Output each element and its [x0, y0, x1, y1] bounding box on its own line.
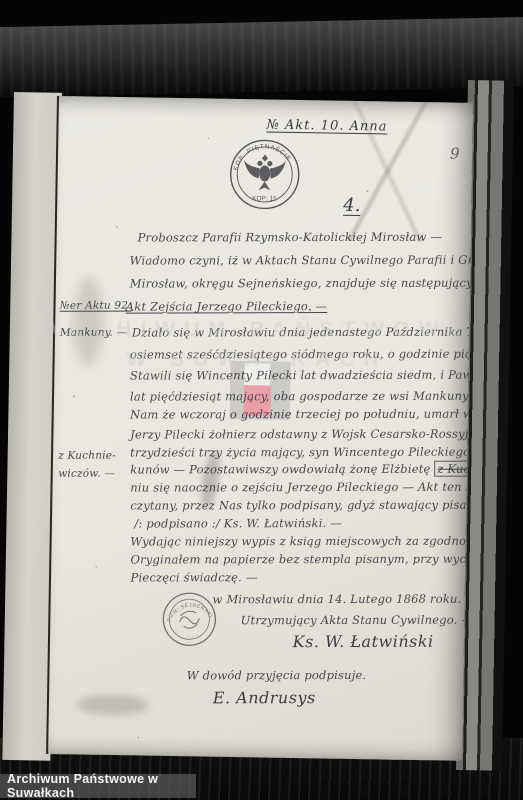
document-line: Wiadomo czyni, iż w Aktach Stanu Cywilne… — [130, 253, 473, 268]
document-line: lat pięćdziesiąt mający, oba gospodarze … — [130, 388, 473, 403]
margin-note: Mankuny. — — [60, 327, 127, 339]
archive-caption-bar: Archiwum Państwowe w Suwałkach — [0, 774, 196, 798]
document-line: kunów — Pozostawiwszy owdowiałą żonę Elż… — [130, 461, 473, 476]
document-line: Stawili się Wincenty Pilecki lat dwadzie… — [130, 367, 473, 382]
document-line: W dowód przyjęcia podpisuje. — [187, 668, 367, 682]
document-line: Ks. W. Łatwiński — [293, 632, 434, 651]
document-line: Oryginałem na papierze bez stempla pisan… — [130, 551, 473, 566]
document-line: /: podpisano :/ Ks. W. Łatwiński. — — [134, 516, 342, 531]
document-line: Działo się w Mirosławiu dnia jedenastego… — [132, 325, 473, 340]
margin-note: wiczów. — — [58, 468, 115, 480]
margin-note: z Kuchnie- — [58, 450, 116, 462]
document-line: w Mirosławiu dnia 14. Lutego 1868 roku. … — [213, 592, 473, 607]
document-line: Mirosław, okręgu Sejneńskiego, znajduje … — [130, 276, 473, 291]
document-line: niu się naocznie o zejściu Jerzego Pilec… — [130, 479, 473, 494]
document-line: czytany, przez Nas tylko podpisany, gdyż… — [130, 497, 473, 512]
book-top-edge — [0, 17, 523, 98]
document-line: osiemset sześćdziesiątego siódmego roku,… — [130, 346, 473, 361]
document-line: Akt Zejścia Jerzego Pileckiego. — — [126, 299, 327, 314]
document-line: trzydzieści trzy życia mający, syn Wince… — [130, 444, 473, 459]
document-line: Proboszcz Parafii Rzymsko-Katolickiej Mi… — [138, 230, 443, 245]
document-line: Utrzymujący Akta Stanu Cywilnego. — — [241, 613, 473, 628]
archive-photo: KOP: PIĘTNAŚCIE KOP: 15 POW: SEJNEŃSKI — [0, 0, 523, 800]
document-line: Wydając niniejszy wypis z ksiąg miejscow… — [130, 533, 473, 548]
document-line: E. Andrusys — [213, 688, 316, 707]
margin-note: №er Aktu 92. — [60, 300, 132, 312]
archive-caption: Archiwum Państwowe w Suwałkach — [0, 772, 196, 800]
document-line: Jerzy Pilecki żołnierz odstawny z Wojsk … — [130, 427, 473, 442]
document-line: Nam że wczoraj o godzinie trzeciej po po… — [130, 406, 473, 421]
text-layer: Proboszcz Parafii Rzymsko-Katolickiej Mi… — [53, 96, 469, 755]
document-line: Pieczęci świadczę. — — [130, 570, 257, 584]
book-page: KOP: PIĘTNAŚCIE KOP: 15 POW: SEJNEŃSKI — [46, 96, 473, 761]
